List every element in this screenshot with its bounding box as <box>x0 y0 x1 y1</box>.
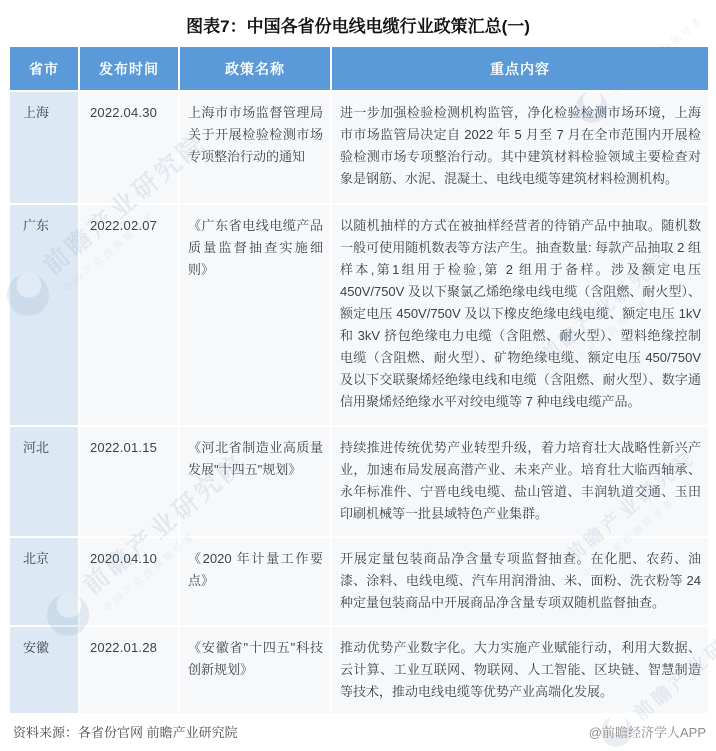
cell-key-content: 以随机抽样的方式在被抽样经营者的待销产品中抽取。随机数一般可使用随机数表等方法产… <box>331 204 709 426</box>
table-header-row: 省市 发布时间 政策名称 重点内容 <box>9 46 709 91</box>
cell-policy-name: 《安徽省"十四五"科技创新规划》 <box>179 626 331 714</box>
cell-province: 上海 <box>9 91 79 204</box>
cell-date: 2020.04.10 <box>79 537 179 626</box>
cell-date: 2022.01.28 <box>79 626 179 714</box>
cell-key-content: 推动优势产业数字化。大力实施产业赋能行动，利用大数据、云计算、工业互联网、物联网… <box>331 626 709 714</box>
cell-date: 2022.01.15 <box>79 426 179 537</box>
policy-table: 省市 发布时间 政策名称 重点内容 上海 2022.04.30 上海市市场监督管… <box>8 45 710 715</box>
cell-key-content: 开展定量包装商品净含量专项监督抽查。在化肥、农药、油漆、涂料、电线电缆、汽车用润… <box>331 537 709 626</box>
cell-province: 安徽 <box>9 626 79 714</box>
cell-province: 广东 <box>9 204 79 426</box>
cell-key-content: 持续推进传统优势产业转型升级，着力培育壮大战略性新兴产业，加速布局发展高潜产业、… <box>331 426 709 537</box>
table-row-shanghai: 上海 2022.04.30 上海市市场监督管理局关于开展检验检测市场专项整治行动… <box>9 91 709 204</box>
source-note: 资料来源：各省份官网 前瞻产业研究院 <box>13 722 238 741</box>
page: 前瞻产业研究院 中国产业咨询领导者 中国产业咨询领导者 前瞻产业研究院 中国产业… <box>0 0 716 751</box>
table-row-beijing: 北京 2020.04.10 《2020 年计量工作要点》 开展定量包装商品净含量… <box>9 537 709 626</box>
column-header-province: 省市 <box>9 46 79 91</box>
brand-credit: @前瞻经济学人APP <box>589 722 706 741</box>
policy-table-wrap: 省市 发布时间 政策名称 重点内容 上海 2022.04.30 上海市市场监督管… <box>8 45 708 715</box>
cell-key-content: 进一步加强检验检测机构监管，净化检验检测市场环境，上海市市场监管局决定自 202… <box>331 91 709 204</box>
cell-policy-name: 《河北省制造业高质量发展"十四五"规划》 <box>179 426 331 537</box>
cell-date: 2022.04.30 <box>79 91 179 204</box>
table-row-hebei: 河北 2022.01.15 《河北省制造业高质量发展"十四五"规划》 持续推进传… <box>9 426 709 537</box>
column-header-content: 重点内容 <box>331 46 709 91</box>
cell-policy-name: 上海市市场监督管理局关于开展检验检测市场专项整治行动的通知 <box>179 91 331 204</box>
cell-province: 河北 <box>9 426 79 537</box>
cell-province: 北京 <box>9 537 79 626</box>
footer: 资料来源：各省份官网 前瞻产业研究院 @前瞻经济学人APP <box>0 716 716 746</box>
cell-policy-name: 《广东省电线电缆产品质量监督抽查实施细则》 <box>179 204 331 426</box>
cell-policy-name: 《2020 年计量工作要点》 <box>179 537 331 626</box>
table-row-guangdong: 广东 2022.02.07 《广东省电线电缆产品质量监督抽查实施细则》 以随机抽… <box>9 204 709 426</box>
column-header-date: 发布时间 <box>79 46 179 91</box>
column-header-policy: 政策名称 <box>179 46 331 91</box>
table-row-anhui: 安徽 2022.01.28 《安徽省"十四五"科技创新规划》 推动优势产业数字化… <box>9 626 709 714</box>
cell-date: 2022.02.07 <box>79 204 179 426</box>
page-title: 图表7：中国各省份电线电缆行业政策汇总(一) <box>0 12 716 37</box>
